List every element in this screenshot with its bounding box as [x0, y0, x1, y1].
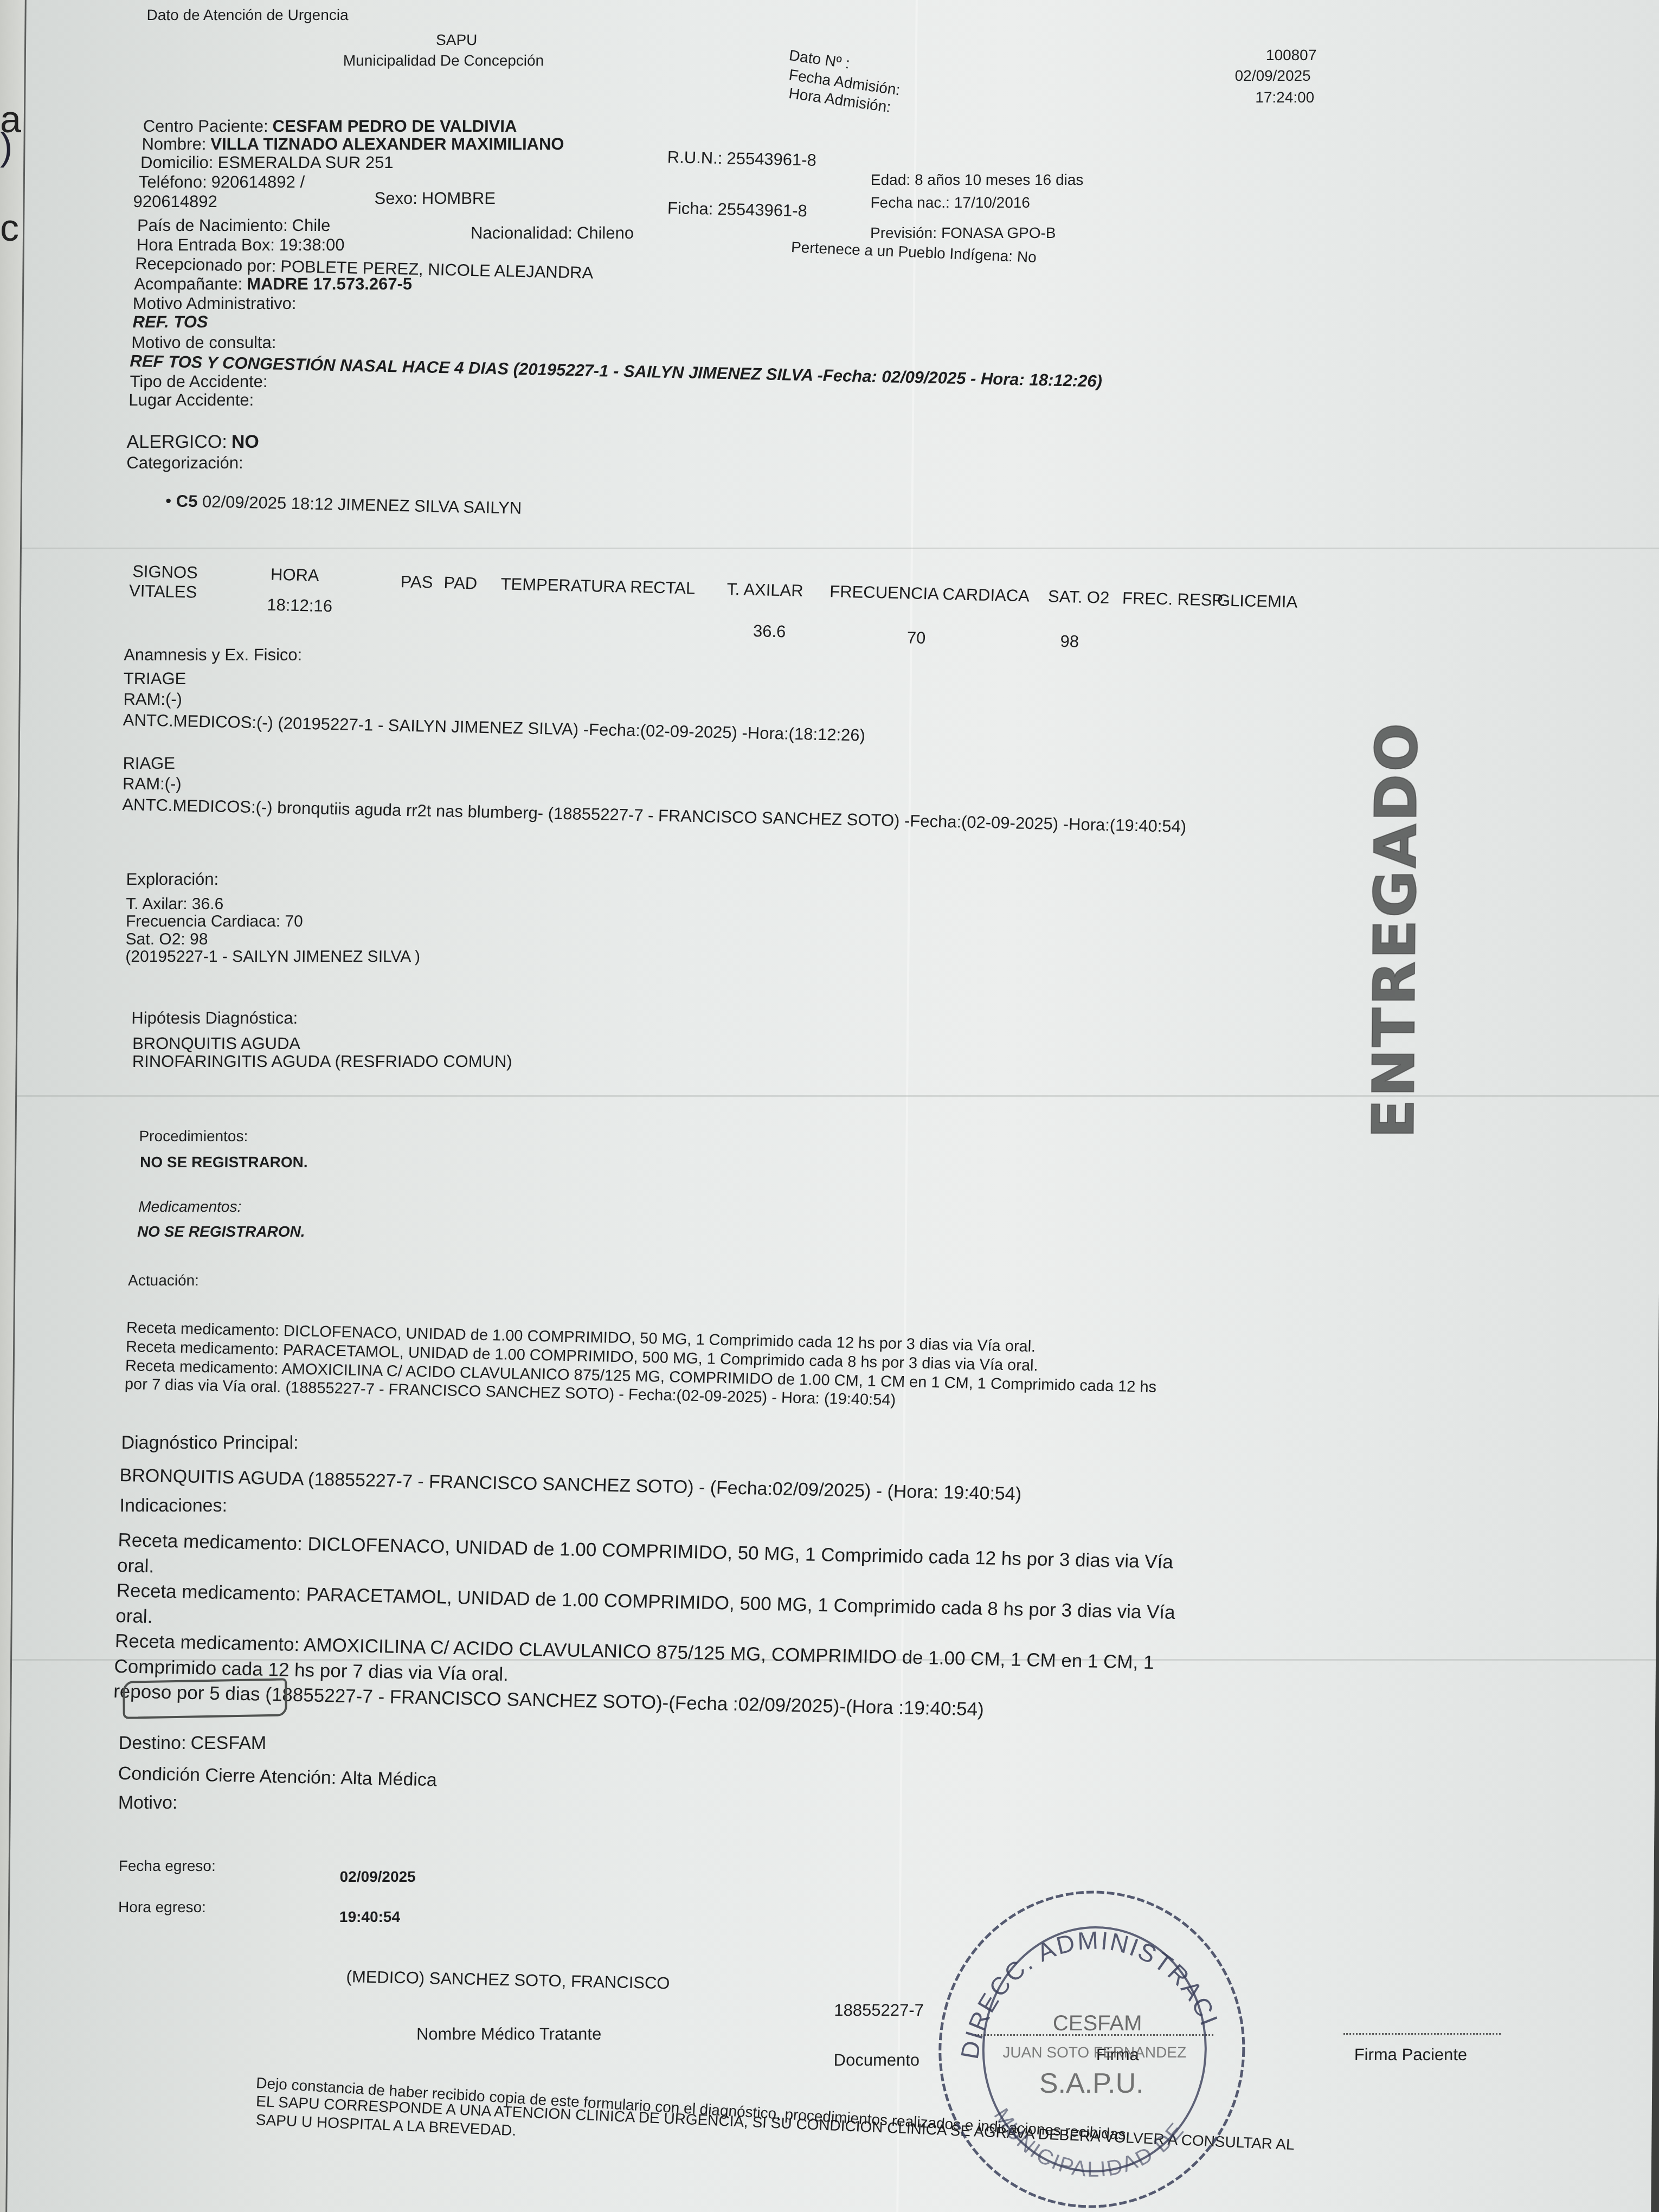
- vitals-header-pas: PAS: [400, 572, 433, 592]
- vitals-header-glicemia: GLICEMIA: [1217, 590, 1297, 612]
- medico-tratante: (MEDICO) SANCHEZ SOTO, FRANCISCO: [346, 1967, 670, 1993]
- municipality: Municipalidad De Concepción: [343, 52, 544, 69]
- svg-text:S.A.P.U.: S.A.P.U.: [1039, 2068, 1144, 2099]
- telefono-2: 920614892: [133, 192, 217, 211]
- fecha-egreso: 02/09/2025: [339, 1868, 415, 1886]
- dato-no: 100807: [1266, 47, 1317, 64]
- condicion-cierre: Condición Cierre Atención:Alta Médica: [118, 1763, 437, 1791]
- hora-entrada-box: Hora Entrada Box:19:38:00: [137, 235, 345, 255]
- hipotesis-label: Hipótesis Diagnóstica:: [131, 1008, 298, 1028]
- lugar-accidente-label: Lugar Accidente:: [128, 390, 254, 410]
- entregado-stamp: ENTREGADO: [1360, 721, 1430, 1139]
- pais-nacimiento: País de Nacimiento:Chile: [137, 216, 330, 235]
- paper-fold: [22, 548, 1659, 549]
- anamnesis-entry-antc: ANTC.MEDICOS:(-) (20195227-1 - SAILYN JI…: [123, 710, 865, 745]
- svg-text:JUAN SOTO FERNANDEZ: JUAN SOTO FERNANDEZ: [1002, 2044, 1186, 2061]
- motivo-consulta: REF TOS Y CONGESTIÓN NASAL HACE 4 DIAS (…: [130, 351, 1102, 391]
- prevision: Previsión:FONASA GPO-B: [870, 224, 1056, 242]
- hora-egreso: 19:40:54: [339, 1908, 400, 1926]
- fecha-admision: 02/09/2025: [1234, 67, 1310, 85]
- vitals-t-axilar-value: 36.6: [753, 621, 786, 641]
- firma-paciente-label: Firma Paciente: [1354, 2045, 1468, 2065]
- vitals-header-frec-resp: FREC. RESP.: [1122, 588, 1226, 610]
- exploracion-lines: T. Axilar: 36.6 Frecuencia Cardiaca: 70 …: [125, 896, 421, 966]
- nacionalidad: Nacionalidad:Chileno: [471, 223, 634, 243]
- categorizacion-item: • C5 02/09/2025 18:12 JIMENEZ SILVA SAIL…: [165, 491, 522, 518]
- anamnesis-entry-title: RIAGE: [123, 754, 175, 773]
- seal-icon: DIRECC. ADMINISTRACIÓN DE MUNICIPALIDAD …: [933, 1887, 1250, 2212]
- vitals-sat-o2-value: 98: [1060, 632, 1079, 652]
- motivo-administrativo: REF. TOS: [132, 312, 208, 332]
- medico-tratante-label: Nombre Médico Tratante: [416, 2024, 601, 2044]
- actuacion-label: Actuación:: [128, 1272, 199, 1289]
- run: R.U.N.:25543961-8: [667, 147, 816, 170]
- official-seal: DIRECC. ADMINISTRACIÓN DE MUNICIPALIDAD …: [933, 1887, 1250, 2212]
- hora-admision: 17:24:00: [1255, 89, 1314, 106]
- handwritten-circle: [123, 1678, 287, 1719]
- paper-fold: [896, 0, 918, 2212]
- vital-signs-table: SIGNOS VITALES HORA PAS PAD TEMPERATURA …: [130, 562, 1341, 671]
- hipotesis-lines: BRONQUITIS AGUDA RINOFARINGITIS AGUDA (R…: [132, 1034, 513, 1071]
- edad: Edad:8 años 10 meses 16 dias: [871, 171, 1084, 189]
- patient-name: Nombre:VILLA TIZNADO ALEXANDER MAXIMILIA…: [142, 134, 564, 154]
- document-title: Dato de Atención de Urgencia: [146, 7, 348, 24]
- destino: Destino:CESFAM: [119, 1733, 267, 1754]
- hora-egreso-label: Hora egreso:: [118, 1899, 206, 1916]
- anamnesis-entry-ram: RAM:(-): [123, 690, 182, 709]
- sexo: Sexo:HOMBRE: [374, 189, 496, 208]
- firma-paciente-line: [1343, 2033, 1501, 2035]
- anamnesis-label: Anamnesis y Ex. Fisico:: [124, 645, 302, 665]
- medicamentos-label: Medicamentos:: [138, 1198, 241, 1216]
- vitals-hora-value: 18:12:16: [267, 595, 333, 616]
- vitals-header-pad: PAD: [443, 573, 478, 593]
- acompanante: Acompañante:MADRE 17.573.267-5: [134, 274, 412, 294]
- centro-paciente: Centro Paciente:CESFAM PEDRO DE VALDIVIA: [143, 117, 517, 136]
- anamnesis-entry-title: TRIAGE: [124, 669, 187, 689]
- procedimientos-label: Procedimientos:: [139, 1128, 248, 1145]
- vitals-header-signos: SIGNOS: [132, 562, 198, 583]
- diagnostico-label: Diagnóstico Principal:: [121, 1432, 298, 1454]
- anamnesis-entry-antc: ANTC.MEDICOS:(-) bronqutiis aguda rr2t n…: [122, 795, 1187, 837]
- actuacion-lines: Receta medicamento: DICLOFENACO, UNIDAD …: [124, 1319, 1158, 1416]
- svg-text:CESFAM: CESFAM: [1053, 2011, 1142, 2035]
- medicamentos-value: NO SE REGISTRARON.: [137, 1223, 305, 1240]
- tipo-accidente-label: Tipo de Accidente:: [130, 372, 268, 391]
- fecha-nacimiento: Fecha nac.:17/10/2016: [870, 194, 1030, 211]
- vitals-header-hora: HORA: [271, 565, 320, 586]
- motivo-cierre-label: Motivo:: [118, 1792, 178, 1814]
- handwritten-mark: c: [0, 206, 19, 249]
- service-name: SAPU: [436, 31, 478, 49]
- procedimientos-value: NO SE REGISTRARON.: [140, 1154, 308, 1171]
- fecha-egreso-label: Fecha egreso:: [119, 1857, 216, 1875]
- vitals-header-temp-rectal: TEMPERATURA RECTAL: [500, 574, 696, 598]
- vitals-header-t-axilar: T. AXILAR: [726, 580, 803, 601]
- documento-label: Documento: [833, 2050, 919, 2070]
- documento-medico: 18855227-7: [834, 2001, 924, 2020]
- categorizacion-label: Categorización:: [126, 453, 243, 473]
- vitals-header-sat-o2: SAT. O2: [1048, 587, 1110, 608]
- telefono: Teléfono:920614892 /: [139, 172, 305, 192]
- vitals-header-vitales: VITALES: [129, 581, 197, 602]
- medical-record-sheet: Dato de Atención de Urgencia SAPU Munici…: [5, 0, 1659, 2212]
- motivo-consulta-label: Motivo de consulta:: [131, 333, 276, 352]
- anamnesis-entry-ram: RAM:(-): [123, 774, 182, 794]
- domicilio: Domicilio:ESMERALDA SUR 251: [140, 153, 394, 172]
- diagnostico-value: BRONQUITIS AGUDA (18855227-7 - FRANCISCO…: [119, 1465, 1022, 1505]
- indicaciones-label: Indicaciones:: [119, 1495, 227, 1516]
- alergico: ALERGICO:NO: [127, 432, 260, 453]
- vitals-frec-cardiaca-value: 70: [906, 628, 926, 648]
- handwritten-mark: ): [0, 125, 12, 168]
- motivo-administrativo-label: Motivo Administrativo:: [133, 294, 297, 313]
- ficha: Ficha:25543961-8: [667, 198, 808, 221]
- exploracion-label: Exploración:: [126, 870, 218, 889]
- vitals-header-frec-cardiaca: FRECUENCIA CARDIACA: [829, 582, 1030, 606]
